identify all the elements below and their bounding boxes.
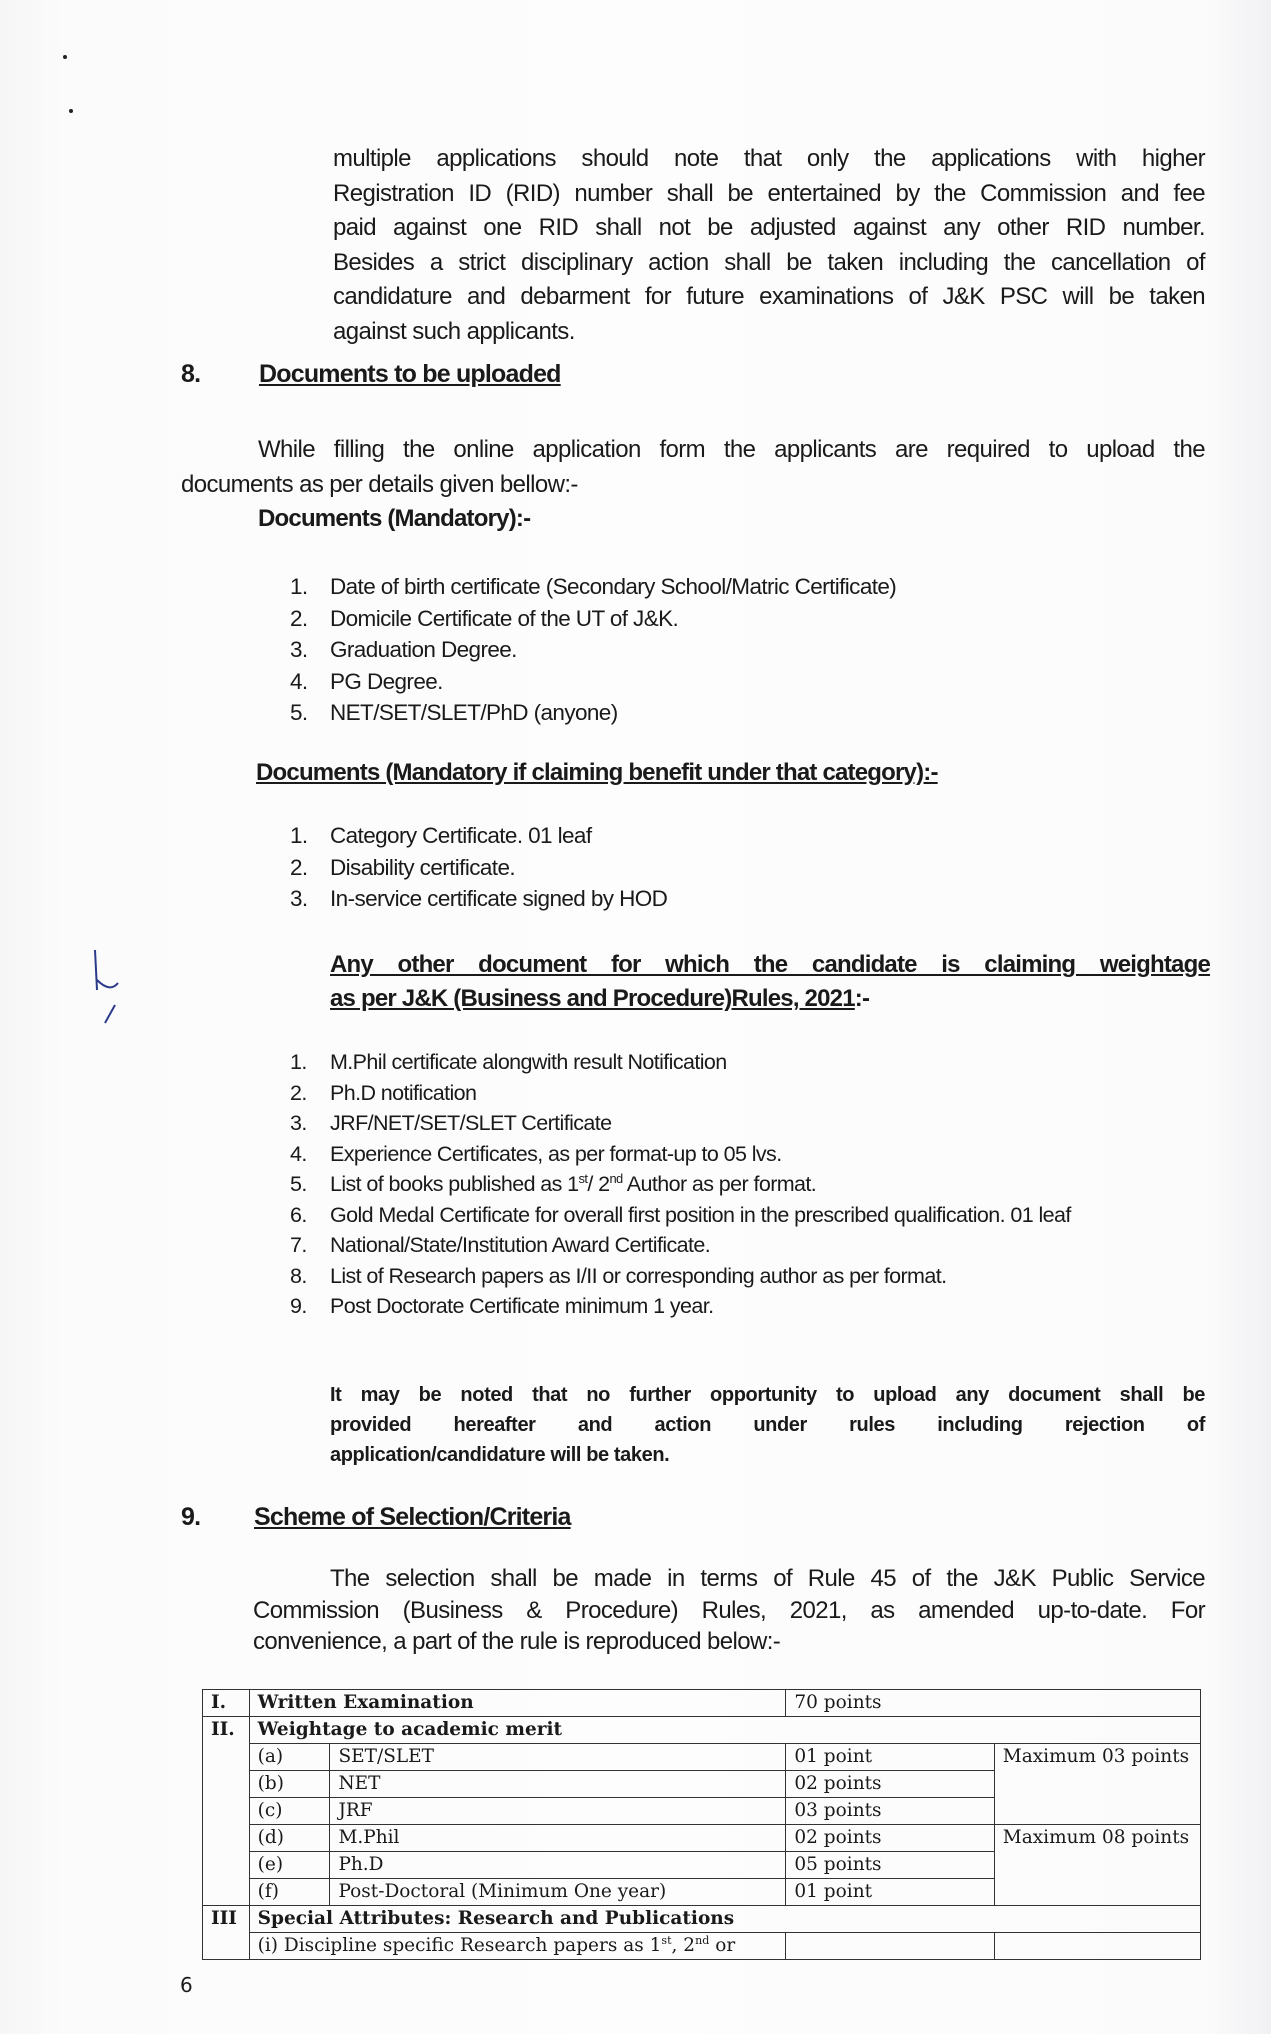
list-item: 8.List of Research papers as I/II or cor… — [290, 1261, 1205, 1292]
label-cell: Written Examination — [249, 1690, 786, 1717]
section-title: Scheme of Selection/Criteria — [254, 1503, 571, 1532]
text-line: Besides a strict disciplinary action sha… — [333, 246, 1205, 281]
section-9-intro: The selection shall be made in terms of … — [253, 1563, 1205, 1658]
scan-dot — [69, 109, 73, 113]
points-cell: 02 points — [786, 1771, 994, 1798]
section-8-intro: While filling the online application for… — [181, 433, 1205, 502]
list-item: 3.Graduation Degree. — [290, 634, 1190, 666]
list-item: 5.NET/SET/SLET/PhD (anyone) — [290, 697, 1190, 729]
weightage-heading-line1: Any other document for which the candida… — [330, 948, 1210, 982]
list-number: 3. — [290, 634, 308, 666]
selection-scheme-table: I. Written Examination 70 points II. Wei… — [202, 1689, 1201, 1960]
list-number: 1. — [290, 1047, 307, 1078]
list-text: Graduation Degree. — [330, 637, 517, 662]
list-text: PG Degree. — [330, 669, 443, 694]
weightage-heading-line2-text: as per J&K (Business and Procedure)Rules… — [330, 985, 855, 1012]
text-line: candidature and debarment for future exa… — [333, 280, 1205, 315]
mandatory-documents-heading: Documents (Mandatory):- — [258, 505, 530, 533]
list-number: 4. — [290, 666, 308, 698]
table-row: II. Weightage to academic merit — [203, 1717, 1201, 1744]
points-cell: 05 points — [786, 1852, 994, 1879]
text-line: Registration ID (RID) number shall be en… — [333, 177, 1205, 212]
list-item: 1.Date of birth certificate (Secondary S… — [290, 571, 1190, 603]
list-text: Experience Certificates, as per format-u… — [330, 1142, 782, 1166]
list-text: M.Phil certificate alongwith result Noti… — [330, 1050, 727, 1074]
list-number: 7. — [290, 1230, 307, 1261]
conditional-documents-heading: Documents (Mandatory if claiming benefit… — [256, 759, 938, 787]
letter-cell: (c) — [249, 1798, 330, 1825]
list-item: 3.JRF/NET/SET/SLET Certificate — [290, 1108, 1205, 1139]
list-item: 5.List of books published as 1st/ 2nd Au… — [290, 1169, 1205, 1200]
table-row: I. Written Examination 70 points — [203, 1690, 1201, 1717]
weightage-heading-line2: as per J&K (Business and Procedure)Rules… — [330, 982, 1210, 1016]
text-line: Commission (Business & Procedure) Rules,… — [253, 1595, 1205, 1627]
text-line: documents as per details given bellow:- — [181, 468, 1205, 503]
note-line: application/candidature will be taken. — [330, 1440, 1205, 1470]
handwritten-mark-icon — [85, 945, 155, 1035]
item-cell: JRF — [330, 1798, 786, 1825]
item-cell: Post-Doctoral (Minimum One year) — [330, 1879, 786, 1906]
note-line: It may be noted that no further opportun… — [330, 1380, 1205, 1410]
points-cell: 01 point — [786, 1879, 994, 1906]
upload-note: It may be noted that no further opportun… — [330, 1380, 1205, 1470]
item-cell: NET — [330, 1771, 786, 1798]
list-item: 1.M.Phil certificate alongwith result No… — [290, 1047, 1205, 1078]
list-text: List of Research papers as I/II or corre… — [330, 1264, 946, 1288]
list-number: 3. — [290, 1108, 307, 1139]
list-number: 6. — [290, 1200, 307, 1231]
letter-cell: (f) — [249, 1879, 330, 1906]
item-cell: Ph.D — [330, 1852, 786, 1879]
points-cell: 03 points — [786, 1798, 994, 1825]
points-cell: 70 points — [786, 1690, 1201, 1717]
list-text: Domicile Certificate of the UT of J&K. — [330, 606, 678, 631]
section-number: 9. — [181, 1503, 200, 1532]
label-cell: Weightage to academic merit — [249, 1717, 1200, 1744]
roman-cell: II. — [203, 1717, 250, 1906]
list-text: Ph.D notification — [330, 1081, 476, 1105]
list-item: 6.Gold Medal Certificate for overall fir… — [290, 1200, 1205, 1231]
table-row: III Special Attributes: Research and Pub… — [203, 1906, 1201, 1933]
list-text: Gold Medal Certificate for overall first… — [330, 1203, 1071, 1227]
table-row: (d) M.Phil 02 points Maximum 08 points — [203, 1825, 1201, 1852]
text-line: While filling the online application for… — [181, 433, 1205, 468]
list-number: 3. — [290, 883, 308, 915]
scan-dot — [63, 55, 67, 59]
list-text: Date of birth certificate (Secondary Sch… — [330, 574, 896, 599]
roman-cell: III — [203, 1906, 250, 1960]
list-number: 1. — [290, 820, 308, 852]
points-cell: 02 points — [786, 1825, 994, 1852]
list-number: 5. — [290, 1169, 307, 1200]
points-cell — [786, 1933, 994, 1960]
note-line: provided hereafter and action under rule… — [330, 1410, 1205, 1440]
list-number: 1. — [290, 571, 308, 603]
text-line: The selection shall be made in terms of … — [253, 1563, 1205, 1595]
section-title: Documents to be uploaded — [259, 360, 561, 389]
group-max-cell — [994, 1933, 1200, 1960]
conditional-documents-list: 1.Category Certificate. 01 leaf2.Disabil… — [290, 820, 1190, 915]
list-number: 8. — [290, 1261, 307, 1292]
group-max-cell: Maximum 08 points — [994, 1825, 1200, 1906]
points-cell: 01 point — [786, 1744, 994, 1771]
list-item: 2.Disability certificate. — [290, 852, 1190, 884]
list-item: 9.Post Doctorate Certificate minimum 1 y… — [290, 1291, 1205, 1322]
mandatory-documents-list: 1.Date of birth certificate (Secondary S… — [290, 571, 1190, 729]
item-cell: M.Phil — [330, 1825, 786, 1852]
label-cell: Special Attributes: Research and Publica… — [249, 1906, 1200, 1933]
section-number: 8. — [181, 360, 200, 389]
list-number: 2. — [290, 603, 308, 635]
item-cell: SET/SLET — [330, 1744, 786, 1771]
weightage-heading-suffix: :- — [855, 982, 869, 1016]
text-line: against such applicants. — [333, 315, 1205, 350]
list-number: 9. — [290, 1291, 307, 1322]
text-line: paid against one RID shall not be adjust… — [333, 211, 1205, 246]
list-item: 4.PG Degree. — [290, 666, 1190, 698]
text-line: convenience, a part of the rule is repro… — [253, 1626, 1205, 1658]
list-item: 2.Ph.D notification — [290, 1078, 1205, 1109]
roman-cell: I. — [203, 1690, 250, 1717]
list-item: 2.Domicile Certificate of the UT of J&K. — [290, 603, 1190, 635]
list-number: 2. — [290, 1078, 307, 1109]
weightage-documents-heading: Any other document for which the candida… — [330, 948, 1210, 1016]
item-cell: (i) Discipline specific Research papers … — [249, 1933, 786, 1960]
list-text: Post Doctorate Certificate minimum 1 yea… — [330, 1294, 713, 1318]
list-text: Disability certificate. — [330, 855, 515, 880]
list-text: List of books published as 1st/ 2nd Auth… — [330, 1172, 816, 1196]
list-item: 1.Category Certificate. 01 leaf — [290, 820, 1190, 852]
list-number: 4. — [290, 1139, 307, 1170]
letter-cell: (b) — [249, 1771, 330, 1798]
letter-cell: (a) — [249, 1744, 330, 1771]
list-item: 4.Experience Certificates, as per format… — [290, 1139, 1205, 1170]
list-text: In-service certificate signed by HOD — [330, 886, 667, 911]
list-number: 5. — [290, 697, 308, 729]
group-max-cell: Maximum 03 points — [994, 1744, 1200, 1825]
list-number: 2. — [290, 852, 308, 884]
table-row: (a) SET/SLET 01 point Maximum 03 points — [203, 1744, 1201, 1771]
list-item: 7.National/State/Institution Award Certi… — [290, 1230, 1205, 1261]
intro-paragraph: multiple applications should note that o… — [333, 142, 1205, 349]
list-text: JRF/NET/SET/SLET Certificate — [330, 1111, 611, 1135]
weightage-documents-list: 1.M.Phil certificate alongwith result No… — [290, 1047, 1205, 1322]
list-item: 3.In-service certificate signed by HOD — [290, 883, 1190, 915]
letter-cell: (d) — [249, 1825, 330, 1852]
list-text: National/State/Institution Award Certifi… — [330, 1233, 710, 1257]
table-row: (i) Discipline specific Research papers … — [203, 1933, 1201, 1960]
text-line: multiple applications should note that o… — [333, 142, 1205, 177]
letter-cell: (e) — [249, 1852, 330, 1879]
page-number: 6 — [180, 1973, 193, 1997]
list-text: Category Certificate. 01 leaf — [330, 823, 592, 848]
list-text: NET/SET/SLET/PhD (anyone) — [330, 700, 618, 725]
